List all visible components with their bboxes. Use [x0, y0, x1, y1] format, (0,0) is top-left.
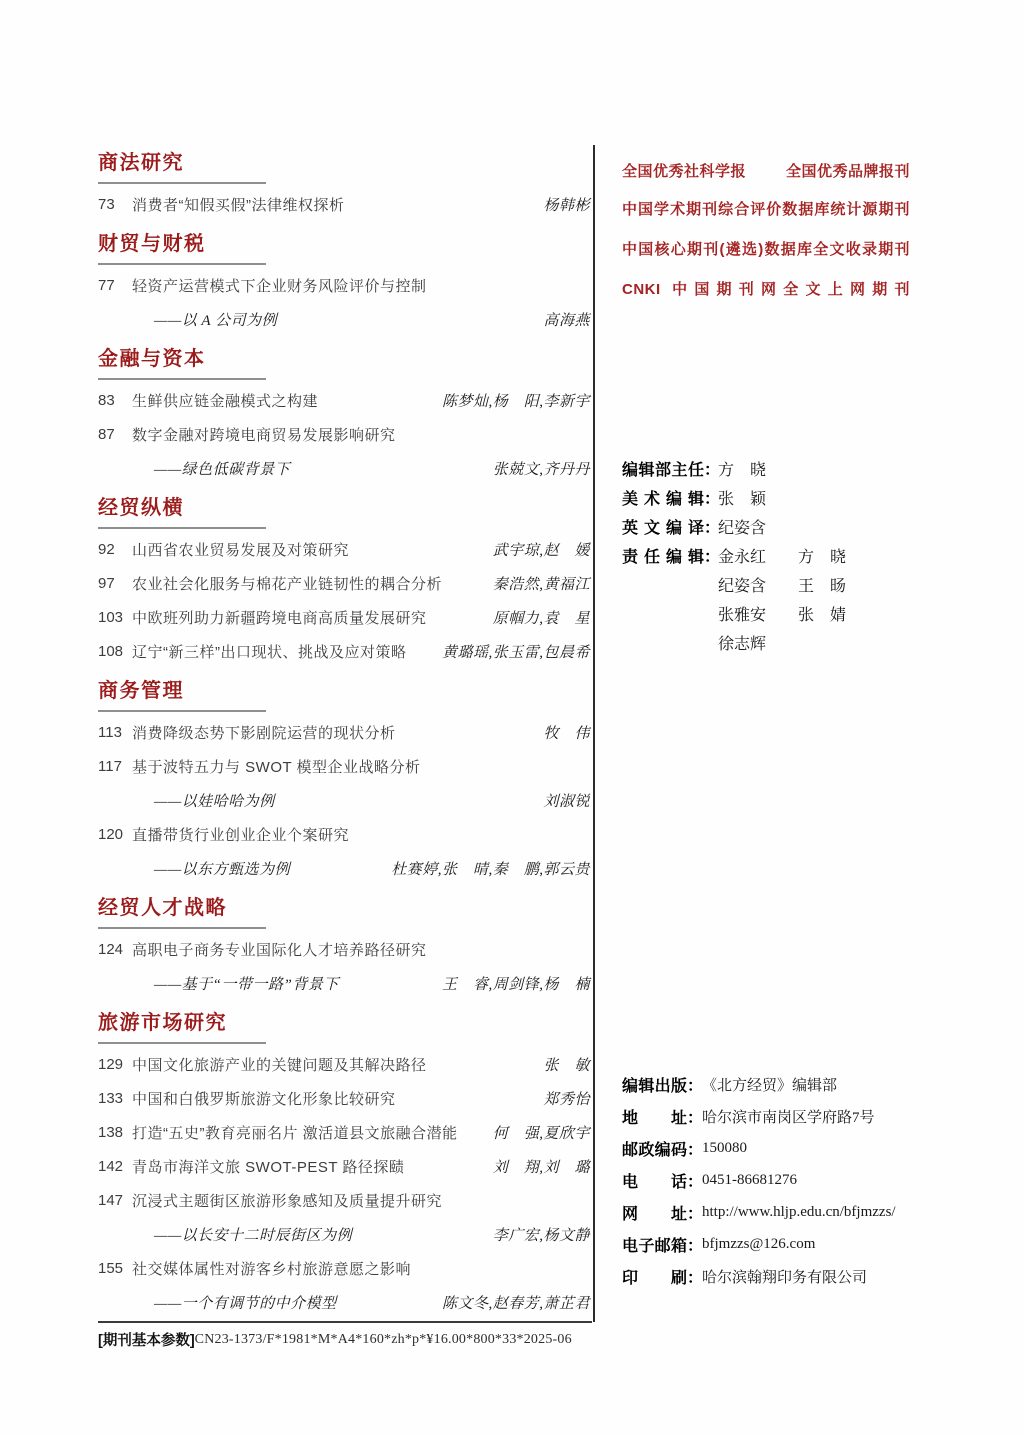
toc-entry: 133中国和白俄罗斯旅游文化形象比较研究郑秀怡: [98, 1081, 590, 1115]
page-number: 73: [98, 196, 132, 213]
article-title: 辽宁“新三样”出口现状、挑战及应对策略: [132, 641, 407, 662]
section-title: 经贸人才战略: [98, 897, 590, 919]
toc-entry-subtitle: ——以 A 公司为例高海燕: [98, 302, 590, 336]
article-title: 中国和白俄罗斯旅游文化形象比较研究: [132, 1088, 396, 1109]
section-underline: [98, 527, 266, 529]
staff-name: 方 晓: [718, 457, 766, 480]
staff-row: 美术编辑：张 颖: [622, 483, 910, 512]
section-title: 商法研究: [98, 152, 590, 174]
toc-section: 旅游市场研究129中国文化旅游产业的关键问题及其解决路径张 敏133中国和白俄罗…: [98, 1012, 590, 1319]
page-number: 117: [98, 758, 132, 775]
publisher-colon: ：: [687, 1233, 702, 1256]
publisher-field-value: 《北方经贸》编辑部: [702, 1074, 837, 1095]
toc-entry-subtitle: ——以长安十二时辰街区为例李广宏,杨文静: [98, 1217, 590, 1251]
page-number: 133: [98, 1090, 132, 1107]
accolade-text: 全国优秀社科学报: [622, 160, 746, 181]
page-number: 87: [98, 426, 132, 443]
staff-name: 张 婧: [798, 602, 846, 625]
section-entries: 129中国文化旅游产业的关键问题及其解决路径张 敏133中国和白俄罗斯旅游文化形…: [98, 1047, 590, 1319]
staff-name: 纪姿含: [718, 573, 798, 596]
publisher-row: 印刷：哈尔滨翰翔印务有限公司: [622, 1260, 910, 1292]
section-entries: 92山西省农业贸易发展及对策研究武宇琼,赵 媛97农业社会化服务与棉花产业链韧性…: [98, 532, 590, 668]
staff-name: 金永红: [718, 544, 798, 567]
toc-entry: 87数字金融对跨境电商贸易发展影响研究: [98, 417, 590, 451]
column-divider: [593, 145, 595, 1322]
page-number: 113: [98, 724, 132, 741]
staff-colon: ：: [704, 544, 718, 567]
publisher-row: 电子邮箱：bfjmzzs@126.com: [622, 1228, 910, 1260]
staff-row: 徐志辉: [622, 628, 910, 657]
toc-entry-subtitle: ——以东方甄选为例杜赛婷,张 晴,秦 鹏,郭云贵: [98, 851, 590, 885]
info-column: 全国优秀社科学报 全国优秀品牌报刊 中国学术期刊综合评价数据库统计源期刊中国核心…: [622, 150, 910, 1380]
publisher-field-value: 哈尔滨市南岗区学府路7号: [702, 1106, 875, 1127]
article-title: 消费者“知假买假”法律维权探析: [132, 194, 345, 215]
section-entries: 77轻资产运营模式下企业财务风险评价与控制——以 A 公司为例高海燕: [98, 268, 590, 336]
article-authors: 张 敏: [535, 1054, 590, 1075]
article-title: 中国文化旅游产业的关键问题及其解决路径: [132, 1054, 427, 1075]
accolade-line: CNKI 中国期刊网全文上网期刊: [622, 270, 910, 310]
article-authors: 张兢文,齐丹丹: [485, 458, 590, 479]
section-entries: 73消费者“知假买假”法律维权探析杨韩彬: [98, 187, 590, 221]
section-entries: 83生鲜供应链金融模式之构建陈梦灿,杨 阳,李新宇87数字金融对跨境电商贸易发展…: [98, 383, 590, 485]
publisher-field-label: 电子邮箱: [622, 1233, 687, 1256]
section-title: 经贸纵横: [98, 497, 590, 519]
toc-column: 商法研究73消费者“知假买假”法律维权探析杨韩彬财贸与财税77轻资产运营模式下企…: [98, 150, 590, 1356]
staff-name: 方 晓: [798, 544, 846, 567]
publisher-info-block: 编辑出版：《北方经贸》编辑部地址：哈尔滨市南岗区学府路7号邮政编码：150080…: [622, 1068, 910, 1292]
toc-section: 商务管理113消费降级态势下影剧院运营的现状分析牧 伟117基于波特五力与 SW…: [98, 680, 590, 885]
publisher-field-label: 地址: [622, 1105, 687, 1128]
article-title: 数字金融对跨境电商贸易发展影响研究: [132, 424, 396, 445]
publisher-field-label: 印刷: [622, 1265, 687, 1288]
toc-entry: 142青岛市海洋文旅 SWOT-PEST 路径探赜刘 翔,刘 璐: [98, 1149, 590, 1183]
publisher-colon: ：: [687, 1265, 702, 1288]
article-title: 高职电子商务专业国际化人才培养路径研究: [132, 939, 427, 960]
article-authors: 刘淑锐: [535, 790, 590, 811]
journal-parameters: [期刊基本参数]CN23-1373/F*1981*M*A4*160*zh*p*¥…: [98, 1323, 590, 1356]
section-underline: [98, 182, 266, 184]
page-number: 124: [98, 941, 132, 958]
toc-entry-subtitle: ——绿色低碳背景下张兢文,齐丹丹: [98, 451, 590, 485]
page-number: 103: [98, 609, 132, 626]
section-title: 财贸与财税: [98, 233, 590, 255]
toc-entry: 113消费降级态势下影剧院运营的现状分析牧 伟: [98, 715, 590, 749]
article-authors: 高海燕: [535, 309, 590, 330]
article-title: 消费降级态势下影剧院运营的现状分析: [132, 722, 396, 743]
accolade-line: 中国学术期刊综合评价数据库统计源期刊: [622, 190, 910, 230]
toc-entry: 120直播带货行业创业企业个案研究: [98, 817, 590, 851]
article-subtitle: ——基于“一带一路”背景下: [154, 973, 339, 994]
publisher-field-value: 哈尔滨翰翔印务有限公司: [702, 1266, 867, 1287]
toc-entry: 117基于波特五力与 SWOT 模型企业战略分析: [98, 749, 590, 783]
page-number: 155: [98, 1260, 132, 1277]
publisher-row: 编辑出版：《北方经贸》编辑部: [622, 1068, 910, 1100]
toc-entry: 138打造“五史”教育亮丽名片 激活道县文旅融合潜能何 强,夏欣宇: [98, 1115, 590, 1149]
toc-entry: 147沉浸式主题街区旅游形象感知及质量提升研究: [98, 1183, 590, 1217]
toc-entry: 124高职电子商务专业国际化人才培养路径研究: [98, 932, 590, 966]
staff-row: 张雅安张 婧: [622, 599, 910, 628]
publisher-colon: ：: [687, 1201, 702, 1224]
section-underline: [98, 1042, 266, 1044]
article-title: 轻资产运营模式下企业财务风险评价与控制: [132, 275, 427, 296]
article-subtitle: ——以娃哈哈为例: [154, 790, 275, 811]
page-number: 138: [98, 1124, 132, 1141]
toc-entry: 129中国文化旅游产业的关键问题及其解决路径张 敏: [98, 1047, 590, 1081]
article-authors: 牧 伟: [535, 722, 590, 743]
publisher-row: 电话：0451-86681276: [622, 1164, 910, 1196]
article-authors: 武宇琼,赵 媛: [485, 539, 590, 560]
article-authors: 秦浩然,黄福江: [485, 573, 590, 594]
staff-row: 纪姿含王 旸: [622, 570, 910, 599]
accolade-text: 全国优秀品牌报刊: [786, 160, 910, 181]
staff-role-label: 英文编译: [622, 515, 704, 538]
article-subtitle: ——一个有调节的中介模型: [154, 1292, 337, 1313]
publisher-row: 网址：http://www.hljp.edu.cn/bfjmzzs/: [622, 1196, 910, 1228]
page-number: 129: [98, 1056, 132, 1073]
page-number: 77: [98, 277, 132, 294]
toc-sections: 商法研究73消费者“知假买假”法律维权探析杨韩彬财贸与财税77轻资产运营模式下企…: [98, 152, 590, 1319]
staff-name: 纪姿含: [718, 515, 766, 538]
article-authors: 刘 翔,刘 璐: [485, 1156, 590, 1177]
accolade-line: 中国核心期刊(遴选)数据库全文收录期刊: [622, 230, 910, 270]
staff-name: 张 颖: [718, 486, 766, 509]
section-entries: 113消费降级态势下影剧院运营的现状分析牧 伟117基于波特五力与 SWOT 模…: [98, 715, 590, 885]
page-number: 83: [98, 392, 132, 409]
section-title: 旅游市场研究: [98, 1012, 590, 1034]
staff-row: 英文编译：纪姿含: [622, 512, 910, 541]
publisher-row: 邮政编码：150080: [622, 1132, 910, 1164]
article-title: 基于波特五力与 SWOT 模型企业战略分析: [132, 756, 421, 777]
article-authors: 杜赛婷,张 晴,秦 鹏,郭云贵: [383, 858, 590, 879]
editorial-staff-block: 编辑部主任：方 晓美术编辑：张 颖英文编译：纪姿含责任编辑：金永红方 晓纪姿含王…: [622, 454, 910, 657]
page-number: 142: [98, 1158, 132, 1175]
publisher-field-label: 网址: [622, 1201, 687, 1224]
article-title: 打造“五史”教育亮丽名片 激活道县文旅融合潜能: [132, 1122, 458, 1143]
toc-section: 商法研究73消费者“知假买假”法律维权探析杨韩彬: [98, 152, 590, 221]
section-title: 金融与资本: [98, 348, 590, 370]
publisher-colon: ：: [687, 1137, 702, 1160]
article-subtitle: ——以东方甄选为例: [154, 858, 290, 879]
article-authors: 李广宏,杨文静: [485, 1224, 590, 1245]
toc-entry: 103中欧班列助力新疆跨境电商高质量发展研究原帼力,袁 星: [98, 600, 590, 634]
section-underline: [98, 710, 266, 712]
article-authors: 何 强,夏欣宇: [485, 1122, 590, 1143]
staff-name: 张雅安: [718, 602, 798, 625]
staff-role-label: 责任编辑: [622, 544, 704, 567]
article-title: 山西省农业贸易发展及对策研究: [132, 539, 349, 560]
article-authors: 原帼力,袁 星: [485, 607, 590, 628]
staff-row: 责任编辑：金永红方 晓: [622, 541, 910, 570]
article-authors: 王 睿,周剑锋,杨 楠: [434, 973, 590, 994]
staff-role-label: 编辑部主任: [622, 457, 704, 480]
toc-entry: 77轻资产运营模式下企业财务风险评价与控制: [98, 268, 590, 302]
publisher-field-value: 150080: [702, 1140, 747, 1157]
article-authors: 黄璐瑶,张玉雷,包晨希: [434, 641, 590, 662]
toc-section: 经贸人才战略124高职电子商务专业国际化人才培养路径研究——基于“一带一路”背景…: [98, 897, 590, 1000]
toc-entry-subtitle: ——基于“一带一路”背景下王 睿,周剑锋,杨 楠: [98, 966, 590, 1000]
article-title: 中欧班列助力新疆跨境电商高质量发展研究: [132, 607, 427, 628]
journal-parameters-value: CN23-1373/F*1981*M*A4*160*zh*p*¥16.00*80…: [195, 1332, 572, 1348]
publisher-field-value: 0451-86681276: [702, 1172, 797, 1189]
page-number: 147: [98, 1192, 132, 1209]
article-authors: 陈梦灿,杨 阳,李新宇: [434, 390, 590, 411]
toc-entry: 97农业社会化服务与棉花产业链韧性的耦合分析秦浩然,黄福江: [98, 566, 590, 600]
article-title: 青岛市海洋文旅 SWOT-PEST 路径探赜: [132, 1156, 404, 1177]
journal-toc-page: 商法研究73消费者“知假买假”法律维权探析杨韩彬财贸与财税77轻资产运营模式下企…: [0, 0, 1024, 1436]
page-number: 108: [98, 643, 132, 660]
toc-entry-subtitle: ——以娃哈哈为例刘淑锐: [98, 783, 590, 817]
publisher-field-label: 电话: [622, 1169, 687, 1192]
article-authors: 杨韩彬: [535, 194, 590, 215]
article-title: 社交媒体属性对游客乡村旅游意愿之影响: [132, 1258, 411, 1279]
toc-entry: 108辽宁“新三样”出口现状、挑战及应对策略黄璐瑶,张玉雷,包晨希: [98, 634, 590, 668]
publisher-field-value: http://www.hljp.edu.cn/bfjmzzs/: [702, 1204, 896, 1221]
accolade-line: 全国优秀社科学报 全国优秀品牌报刊: [622, 150, 910, 190]
staff-role-label: 美术编辑: [622, 486, 704, 509]
publisher-field-label: 邮政编码: [622, 1137, 687, 1160]
staff-name: 徐志辉: [718, 631, 798, 654]
staff-colon: ：: [704, 457, 718, 480]
publisher-row: 地址：哈尔滨市南岗区学府路7号: [622, 1100, 910, 1132]
article-title: 沉浸式主题街区旅游形象感知及质量提升研究: [132, 1190, 442, 1211]
article-title: 农业社会化服务与棉花产业链韧性的耦合分析: [132, 573, 442, 594]
article-authors: 陈文冬,赵春芳,萧芷君: [434, 1292, 590, 1313]
article-title: 生鲜供应链金融模式之构建: [132, 390, 318, 411]
staff-name: 王 旸: [798, 573, 846, 596]
journal-parameters-label: [期刊基本参数]: [98, 1329, 195, 1350]
accolades-block: 全国优秀社科学报 全国优秀品牌报刊 中国学术期刊综合评价数据库统计源期刊中国核心…: [622, 150, 910, 310]
page-number: 92: [98, 541, 132, 558]
publisher-colon: ：: [687, 1073, 702, 1096]
section-title: 商务管理: [98, 680, 590, 702]
publisher-field-value: bfjmzzs@126.com: [702, 1236, 815, 1253]
page-number: 120: [98, 826, 132, 843]
article-subtitle: ——以 A 公司为例: [154, 309, 277, 330]
toc-entry: 73消费者“知假买假”法律维权探析杨韩彬: [98, 187, 590, 221]
section-underline: [98, 263, 266, 265]
staff-row: 编辑部主任：方 晓: [622, 454, 910, 483]
toc-section: 财贸与财税77轻资产运营模式下企业财务风险评价与控制——以 A 公司为例高海燕: [98, 233, 590, 336]
staff-colon: ：: [704, 515, 718, 538]
publisher-colon: ：: [687, 1105, 702, 1128]
toc-entry: 92山西省农业贸易发展及对策研究武宇琼,赵 媛: [98, 532, 590, 566]
section-underline: [98, 927, 266, 929]
article-authors: 郑秀怡: [535, 1088, 590, 1109]
publisher-field-label: 编辑出版: [622, 1073, 687, 1096]
section-underline: [98, 378, 266, 380]
toc-section: 金融与资本83生鲜供应链金融模式之构建陈梦灿,杨 阳,李新宇87数字金融对跨境电…: [98, 348, 590, 485]
article-subtitle: ——以长安十二时辰街区为例: [154, 1224, 352, 1245]
toc-entry: 83生鲜供应链金融模式之构建陈梦灿,杨 阳,李新宇: [98, 383, 590, 417]
article-subtitle: ——绿色低碳背景下: [154, 458, 290, 479]
toc-section: 经贸纵横92山西省农业贸易发展及对策研究武宇琼,赵 媛97农业社会化服务与棉花产…: [98, 497, 590, 668]
article-title: 直播带货行业创业企业个案研究: [132, 824, 349, 845]
staff-colon: ：: [704, 486, 718, 509]
page-number: 97: [98, 575, 132, 592]
section-entries: 124高职电子商务专业国际化人才培养路径研究——基于“一带一路”背景下王 睿,周…: [98, 932, 590, 1000]
publisher-colon: ：: [687, 1169, 702, 1192]
toc-entry: 155社交媒体属性对游客乡村旅游意愿之影响: [98, 1251, 590, 1285]
toc-entry-subtitle: ——一个有调节的中介模型陈文冬,赵春芳,萧芷君: [98, 1285, 590, 1319]
